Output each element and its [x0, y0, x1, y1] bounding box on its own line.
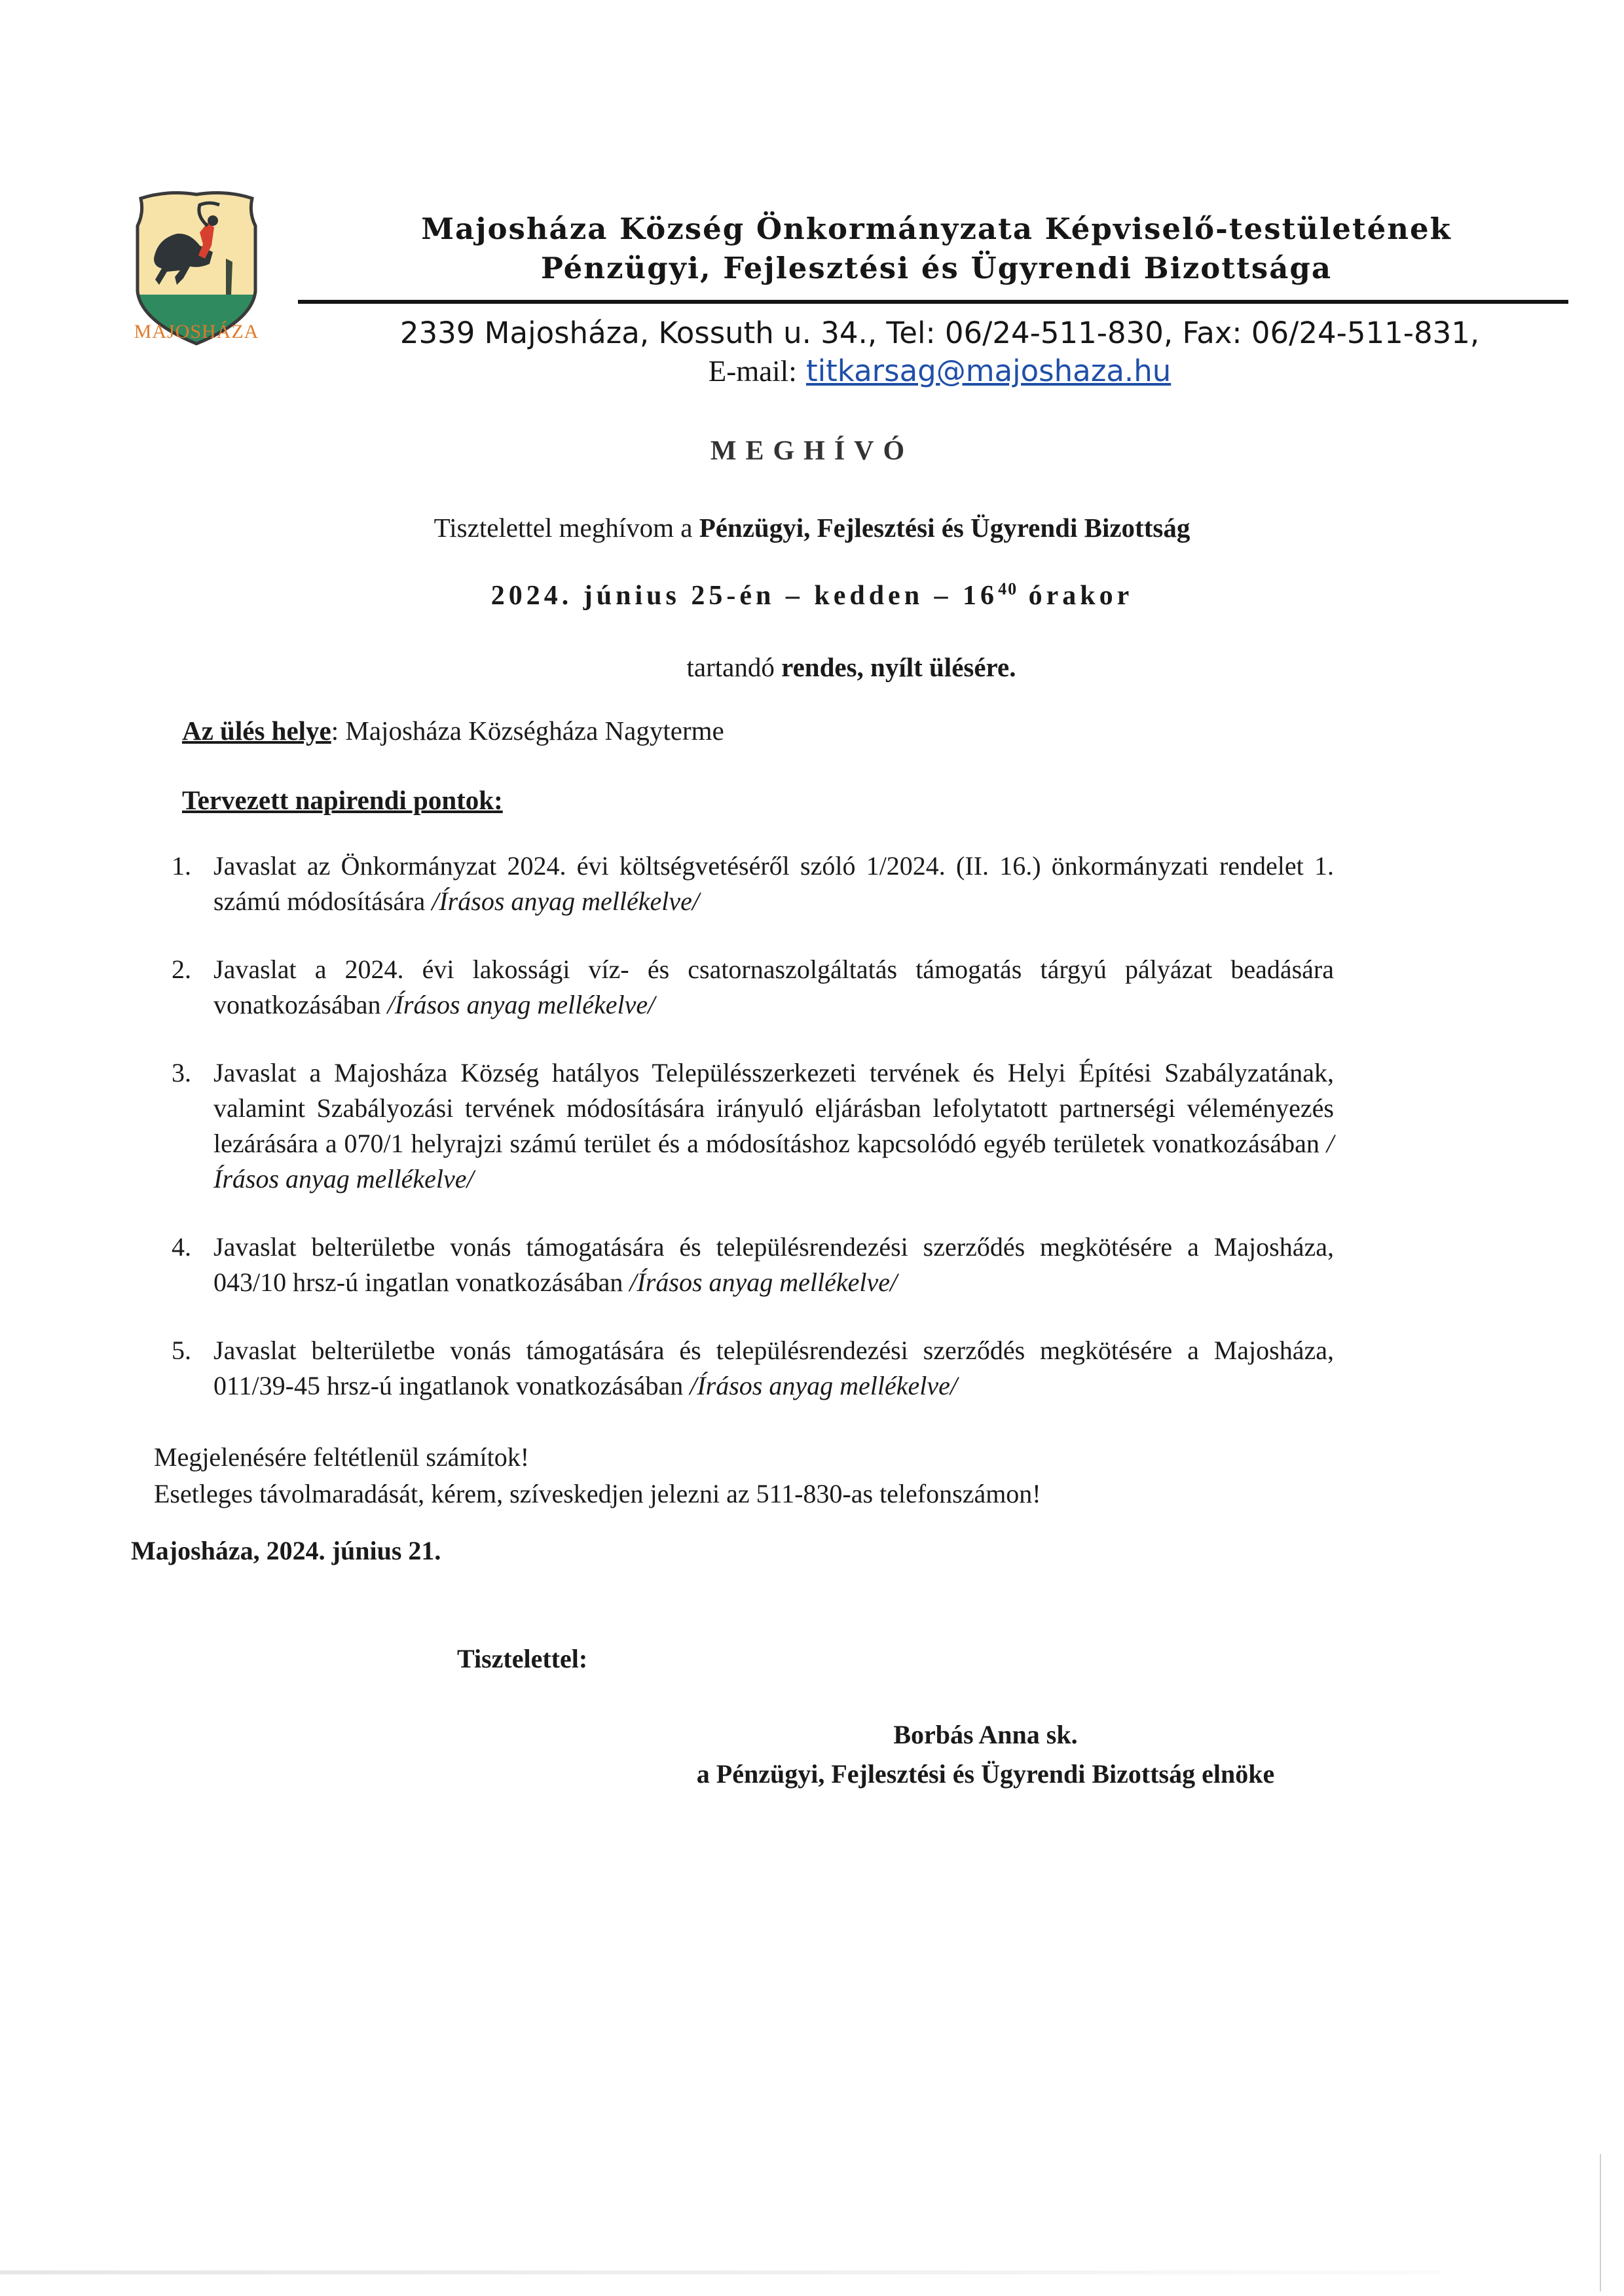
- place-and-date: Majosháza, 2024. június 21.: [131, 1535, 441, 1566]
- agenda-item-note: /Írásos anyag mellékelve/: [387, 990, 655, 1019]
- organization-line-2: Pénzügyi, Fejlesztési és Ügyrendi Bizott…: [308, 249, 1565, 288]
- agenda-item: 2. Javaslat a 2024. évi lakossági víz- é…: [172, 952, 1334, 1023]
- agenda-item-text: Javaslat a 2024. évi lakossági víz- és c…: [213, 955, 1334, 1019]
- email-label: E-mail:: [709, 355, 797, 388]
- agenda-list: 1. Javaslat az Önkormányzat 2024. évi kö…: [172, 848, 1334, 1436]
- agenda-item-note: /Írásos anyag mellékelve/: [432, 886, 699, 916]
- agenda-item: 1. Javaslat az Önkormányzat 2024. évi kö…: [172, 848, 1334, 919]
- agenda-item-number: 2.: [172, 952, 191, 987]
- organization-name: Majosháza Község Önkormányzata Képviselő…: [308, 210, 1565, 288]
- document-page: MAJOSHÁZA Majosháza Község Önkormányzata…: [0, 0, 1624, 2296]
- scan-edge-artifact: [1600, 2154, 1601, 2291]
- agenda-item: 5. Javaslat belterületbe vonás támogatás…: [172, 1333, 1334, 1404]
- header-divider: [298, 300, 1568, 304]
- session-type-line: tartandó rendes, nyílt ülésére.: [0, 651, 1624, 683]
- meeting-date: 2024. június 25-én – kedden – 16: [491, 581, 998, 611]
- email-link[interactable]: titkarsag@majoshaza.hu: [806, 354, 1171, 388]
- meeting-time-suffix: órakor: [1018, 581, 1133, 611]
- logo-caption: MAJOSHÁZA: [121, 321, 272, 343]
- agenda-heading: Tervezett napirendi pontok:: [182, 784, 503, 816]
- invitation-prefix: Tisztelettel meghívom a: [434, 513, 699, 543]
- agenda-item: 3. Javaslat a Majosháza Község hatályos …: [172, 1055, 1334, 1197]
- document-title: MEGHÍVÓ: [0, 435, 1624, 467]
- agenda-item-number: 4.: [172, 1230, 191, 1265]
- session-prefix: tartandó: [687, 652, 782, 682]
- invitation-line: Tisztelettel meghívom a Pénzügyi, Fejles…: [0, 512, 1624, 543]
- agenda-item-number: 5.: [172, 1333, 191, 1368]
- agenda-item-number: 1.: [172, 848, 191, 884]
- agenda-heading-text: Tervezett napirendi pontok:: [182, 785, 503, 815]
- venue-separator: :: [331, 716, 346, 746]
- closing-line-1: Megjelenésére feltétlenül számítok!: [154, 1439, 1041, 1476]
- agenda-item-text: Javaslat az Önkormányzat 2024. évi költs…: [213, 851, 1334, 916]
- meeting-datetime: 2024. június 25-én – kedden – 1640 órako…: [0, 579, 1624, 611]
- meeting-time-minutes: 40: [998, 579, 1018, 598]
- signatory-role: a Pénzügyi, Fejlesztési és Ügyrendi Bizo…: [629, 1755, 1342, 1794]
- scan-edge-artifact: [0, 2270, 1441, 2274]
- venue-value: Majosháza Községháza Nagyterme: [345, 716, 724, 746]
- agenda-item: 4. Javaslat belterületbe vonás támogatás…: [172, 1230, 1334, 1300]
- closing-remarks: Megjelenésére feltétlenül számítok! Eset…: [154, 1439, 1041, 1512]
- regards: Tisztelettel:: [457, 1643, 587, 1674]
- address-line: 2339 Majosháza, Kossuth u. 34., Tel: 06/…: [288, 314, 1591, 352]
- agenda-item-note: /Írásos anyag mellékelve/: [690, 1371, 957, 1400]
- committee-name: Pénzügyi, Fejlesztési és Ügyrendi Bizott…: [699, 513, 1190, 543]
- email-line: E-mail: titkarsag@majoshaza.hu: [288, 352, 1591, 390]
- signatory-name: Borbás Anna sk.: [629, 1715, 1342, 1755]
- agenda-item-note: /Írásos anyag mellékelve/: [629, 1267, 897, 1297]
- agenda-item-text: Javaslat a Majosháza Község hatályos Tel…: [213, 1058, 1334, 1158]
- contact-block: 2339 Majosháza, Kossuth u. 34., Tel: 06/…: [288, 314, 1591, 390]
- venue-line: Az ülés helye: Majosháza Községháza Nagy…: [182, 715, 724, 746]
- signature-block: Borbás Anna sk. a Pénzügyi, Fejlesztési …: [629, 1715, 1342, 1794]
- venue-label: Az ülés helye: [182, 716, 331, 746]
- closing-line-2: Esetleges távolmaradását, kérem, szívesk…: [154, 1476, 1041, 1512]
- organization-line-1: Majosháza Község Önkormányzata Képviselő…: [308, 210, 1565, 249]
- agenda-item-number: 3.: [172, 1055, 191, 1091]
- session-type: rendes, nyílt ülésére.: [781, 652, 1016, 682]
